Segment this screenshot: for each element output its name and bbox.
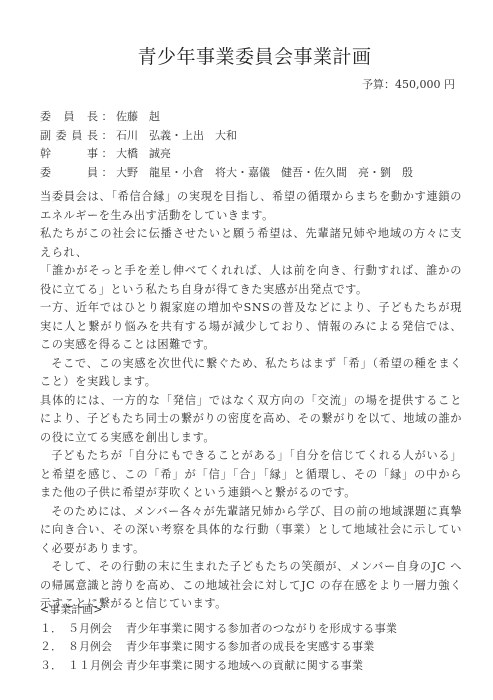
business-plan: <事業計画> １． ５月例会 青少年事業に関する参加者のつながりを形成する事業 … <box>40 601 480 675</box>
document-title: 青少年事業委員会事業計画 <box>0 42 493 69</box>
member-row-chair: 委 員 長 ： 佐藤 赳 <box>40 108 460 127</box>
plan-item-description: 青少年事業に関する参加者のつながりを形成する事業 <box>126 620 480 639</box>
member-row-vice-chair: 副 委 員 長 ： 石川 弘義・上出 大和 <box>40 127 460 146</box>
body-text: 当委員会は、「希信合縁」の実現を目指し、希望の循環からまちを動かす連鎖のエネルギ… <box>40 188 462 614</box>
plan-item-month: ８月例会 <box>68 638 126 657</box>
plan-item-number: ２． <box>40 638 68 657</box>
member-colon: ： <box>98 145 116 164</box>
plan-item-description: 青少年事業に関する地域への貢献に関する事業 <box>126 657 480 676</box>
member-names: 佐藤 赳 <box>116 108 460 127</box>
paragraph: 子どもたちが「自分にもできることがある」「自分を信じてくれる人がいる」と希望を感… <box>40 447 462 503</box>
plan-item-month: １１月例会 <box>68 657 126 676</box>
budget-label: 予算：450,000 円 <box>362 76 455 92</box>
member-role: 委 員 <box>40 164 98 183</box>
member-row-members: 委 員 ： 大野 龍星・小倉 将大・嘉儀 健吾・佐久間 亮・劉 殷 <box>40 164 460 183</box>
plan-item: ２． ８月例会 青少年事業に関する参加者の成長を実感する事業 <box>40 638 480 657</box>
plan-item: ３． １１月例会 青少年事業に関する地域への貢献に関する事業 <box>40 657 480 676</box>
paragraph: 一方、近年ではひとり親家庭の増加やSNSの普及などにより、子どもたちが現実に人と… <box>40 299 462 355</box>
member-names: 大橋 誠亮 <box>116 145 460 164</box>
document-page: 青少年事業委員会事業計画 予算：450,000 円 委 員 長 ： 佐藤 赳 副… <box>0 0 493 700</box>
paragraph: そのためには、メンバー各々が先輩諸兄姉から学び、目の前の地域課題に真摯に向き合い… <box>40 503 462 559</box>
paragraph: 具体的には、一方的な「発信」ではなく双方向の「交流」の場を提供することにより、子… <box>40 392 462 448</box>
paragraph: そこで、この実感を次世代に繋ぐため、私たちはまず「希」（希望の種をまくこと）を実… <box>40 355 462 392</box>
member-role: 幹 事 <box>40 145 98 164</box>
member-row-secretary: 幹 事 ： 大橋 誠亮 <box>40 145 460 164</box>
plan-item-number: ３． <box>40 657 68 676</box>
paragraph: 「誰かがそっと手を差し伸べてくれれば、人は前を向き、行動すれば、誰かの役に立てる… <box>40 262 462 299</box>
plan-heading: <事業計画> <box>40 601 480 620</box>
member-role: 副 委 員 長 <box>40 127 98 146</box>
member-names: 大野 龍星・小倉 将大・嘉儀 健吾・佐久間 亮・劉 殷 <box>116 164 460 183</box>
member-list: 委 員 長 ： 佐藤 赳 副 委 員 長 ： 石川 弘義・上出 大和 幹 事 ：… <box>40 108 460 182</box>
plan-item-month: ５月例会 <box>68 620 126 639</box>
plan-item-description: 青少年事業に関する参加者の成長を実感する事業 <box>126 638 480 657</box>
member-role: 委 員 長 <box>40 108 98 127</box>
member-names: 石川 弘義・上出 大和 <box>116 127 460 146</box>
member-colon: ： <box>98 127 116 146</box>
paragraph: 当委員会は、「希信合縁」の実現を目指し、希望の循環からまちを動かす連鎖のエネルギ… <box>40 188 462 225</box>
member-colon: ： <box>98 108 116 127</box>
member-colon: ： <box>98 164 116 183</box>
plan-item: １． ５月例会 青少年事業に関する参加者のつながりを形成する事業 <box>40 620 480 639</box>
paragraph: 私たちがこの社会に伝播させたいと願う希望は、先輩諸兄姉や地域の方々に支えられ、 <box>40 225 462 262</box>
plan-item-number: １． <box>40 620 68 639</box>
